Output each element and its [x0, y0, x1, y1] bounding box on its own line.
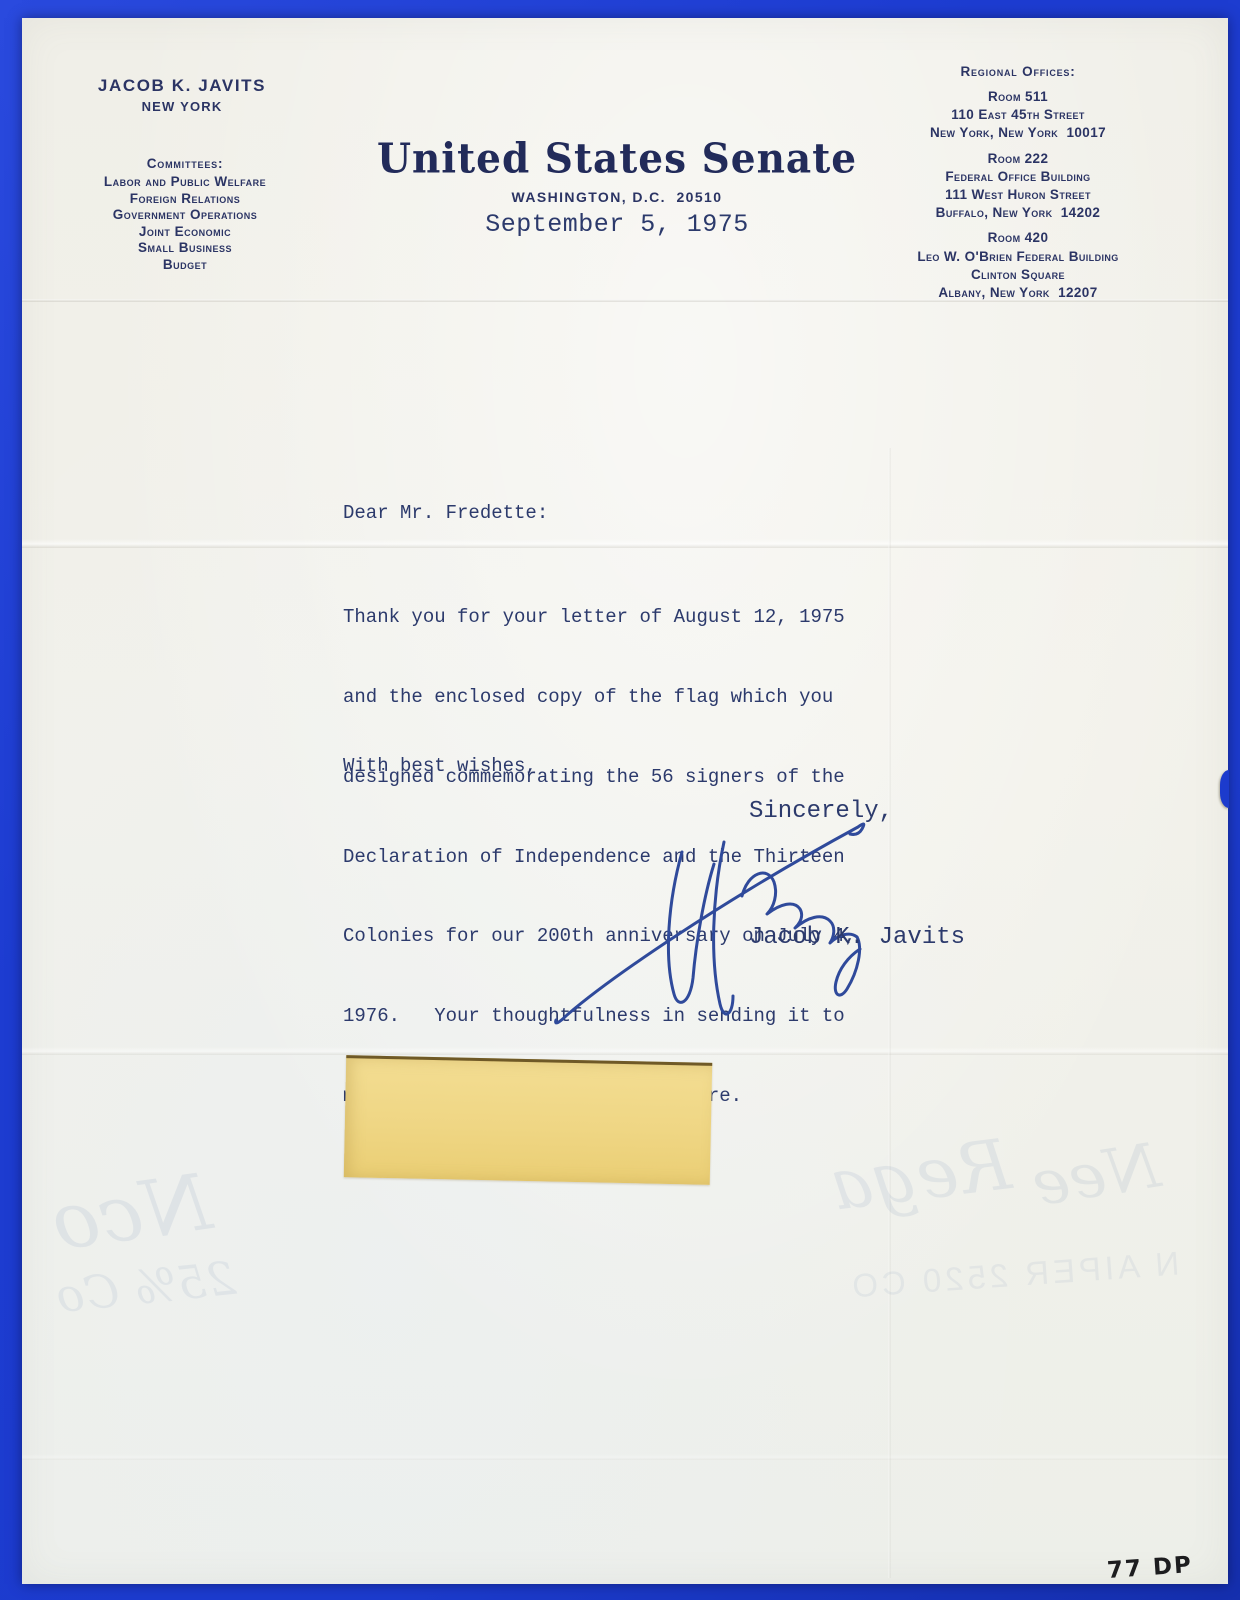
closing-line: With best wishes,	[343, 755, 537, 777]
office-line: Federal Office Building	[850, 168, 1186, 186]
show-through-text: N AIPER 2520 CO	[847, 1244, 1180, 1305]
office-line: New York, New York 10017	[850, 124, 1186, 142]
senate-masthead-title: United States Senate	[352, 135, 882, 183]
show-through-text: Nco	[47, 1157, 217, 1268]
masthead-address: WASHINGTON, D.C. 20510	[352, 189, 882, 205]
body-line: Thank you for your letter of August 12, …	[343, 604, 856, 631]
office-line: 111 West Huron Street	[850, 186, 1186, 204]
committees-title: Committees:	[30, 156, 340, 171]
paper-edge-tear	[1220, 770, 1229, 808]
regional-offices-title: Regional Offices:	[850, 64, 1186, 79]
office-block: Room 222 Federal Office Building 111 Wes…	[850, 150, 1186, 223]
fold-crease	[22, 539, 1228, 548]
masthead: United States Senate WASHINGTON, D.C. 20…	[352, 136, 882, 239]
regional-offices: Regional Offices: Room 511 110 East 45th…	[850, 64, 1186, 309]
office-line: Leo W. O'Brien Federal Building	[850, 248, 1186, 266]
show-through-text: 25% Co	[54, 1251, 238, 1323]
office-block: Room 420 Leo W. O'Brien Federal Building…	[850, 229, 1186, 302]
signed-name: Jacob K. Javits	[749, 924, 965, 951]
office-line: Albany, New York 12207	[850, 284, 1186, 302]
committee-item: Small Business	[30, 240, 340, 257]
salutation: Dear Mr. Fredette:	[343, 502, 548, 524]
office-line: 110 East 45th Street	[850, 106, 1186, 124]
committee-item: Foreign Relations	[30, 191, 340, 208]
office-line: Room 420	[850, 229, 1186, 247]
sender-state: NEW YORK	[52, 99, 312, 114]
tape-strip	[344, 1055, 712, 1185]
handwritten-code: 77 DP	[1106, 1552, 1194, 1584]
committee-item: Joint Economic	[30, 224, 340, 241]
show-through-text: Nee	[1027, 1128, 1164, 1220]
committee-item: Government Operations	[30, 207, 340, 224]
office-line: Clinton Square	[850, 266, 1186, 284]
office-line: Room 511	[850, 88, 1186, 106]
body-line: and the enclosed copy of the flag which …	[343, 684, 856, 711]
office-line: Room 222	[850, 150, 1186, 168]
scanned-letter: Nco 25% Co Rega Nee N AIPER 2520 CO JACO…	[22, 18, 1228, 1584]
letter-date: September 5, 1975	[352, 210, 882, 239]
office-line: Buffalo, New York 14202	[850, 204, 1186, 222]
sender-name: JACOB K. JAVITS	[52, 76, 312, 96]
committee-item: Budget	[30, 257, 340, 274]
committees-list: Committees: Labor and Public Welfare For…	[30, 156, 340, 274]
office-block: Room 511 110 East 45th Street New York, …	[850, 88, 1186, 143]
fold-crease	[22, 1454, 1228, 1460]
committee-item: Labor and Public Welfare	[30, 174, 340, 191]
